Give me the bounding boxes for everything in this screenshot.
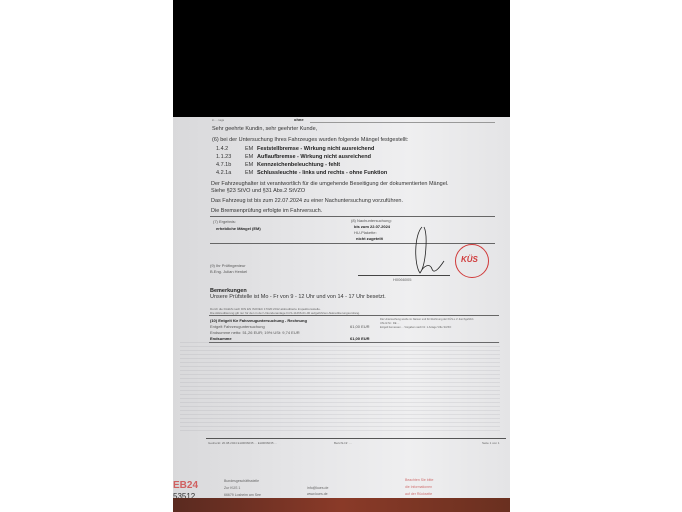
plaque-label: HU-Plakette: [354, 230, 377, 235]
header-field-label: ohne [294, 117, 304, 122]
result-label: (7) Ergebnis: [213, 219, 236, 224]
invoice-line-amount: 61,00 EUR [350, 324, 370, 329]
photo-background-edge [173, 498, 510, 512]
footer-note: auf der Rückseite [405, 492, 432, 496]
defects-intro: (6) bei der Untersuchung Ihres Fahrzeuge… [212, 137, 408, 143]
invoice-fee-note: Entgelt bemessen ... Vorgaben nach Nr. 1… [380, 326, 451, 329]
footer-note: Beachten Sie bitte [405, 478, 433, 482]
footer-web: www.kues.de [307, 492, 328, 496]
reinspection-note: Das Fahrzeug ist bis zum 22.07.2024 zu e… [211, 198, 403, 204]
greeting: Sehr geehrte Kundin, sehr geehrter Kunde… [212, 126, 317, 132]
signature [400, 225, 450, 277]
responsibility-text: Der Fahrzeughalter ist verantwortlich fü… [211, 181, 449, 187]
footer-report-no: Bericht-Nr: ... [334, 441, 352, 445]
footer-printed: Gedruckt: 20.08.2024 EH0066035 ... EH006… [208, 441, 277, 445]
invoice-total-label: Endsumme [210, 336, 232, 341]
office-street: Zur KÜS 1 [224, 486, 240, 490]
inspector-id: H0066005 [393, 277, 411, 282]
legal-reference: Siehe §23 StVO und §31 Abs.2 StVZO [211, 188, 305, 194]
inspector-name: B.Eng. Julian Henkel [210, 269, 247, 274]
office-name: Bundesgeschäftsstelle [224, 479, 259, 483]
invoice-side-note: Die Untersuchung wurde im Namen und für … [380, 318, 474, 321]
invoice-title: (10) Entgelt für Fahrzeuguntersuchung - … [210, 318, 307, 323]
kues-stamp: KÜS [455, 244, 489, 278]
invoice-vat-id: USt-Id Nr.: DE ... [380, 322, 399, 325]
footer-email: info@kues.de [307, 486, 328, 490]
footer-divider [206, 438, 506, 439]
footer-page: Seite 1 von 1 [482, 441, 500, 445]
faded-back-text [180, 342, 500, 432]
signature-line [358, 275, 450, 276]
divider [209, 315, 499, 316]
divider [210, 243, 495, 244]
header-left-label: in ... tags [212, 118, 224, 122]
footer-note: die Informationen [405, 485, 432, 489]
invoice-total-amount: 61,00 EUR [350, 336, 370, 341]
redacted-area [173, 0, 510, 117]
inspector-label: (9) Ihr Prüfingenieur [210, 263, 246, 268]
reinspection-label: (8) Nachuntersuchung: [351, 218, 392, 223]
invoice-line-label: Entgelt Fahrzeuguntersuchung [210, 324, 265, 329]
brand-partial: EB24 [173, 480, 198, 491]
brake-test-note: Die Bremsenprüfung erfolgte im Fahrversu… [211, 208, 322, 214]
office-city: 66679 Losheim am See [224, 493, 261, 497]
result-value: erhebliche Mängel (EM) [216, 226, 261, 231]
remarks-text: Unsere Prüfstelle ist Mo - Fr von 9 - 12… [210, 294, 386, 300]
reinspection-value: bis zum 22.07.2024 [354, 224, 390, 229]
invoice-net: Endsumme netto: 51,26 EUR; 19% USt: 9,74… [210, 330, 300, 335]
divider [210, 216, 495, 217]
header-line [310, 122, 495, 123]
plaque-value: nicht zugeteilt [356, 236, 383, 241]
